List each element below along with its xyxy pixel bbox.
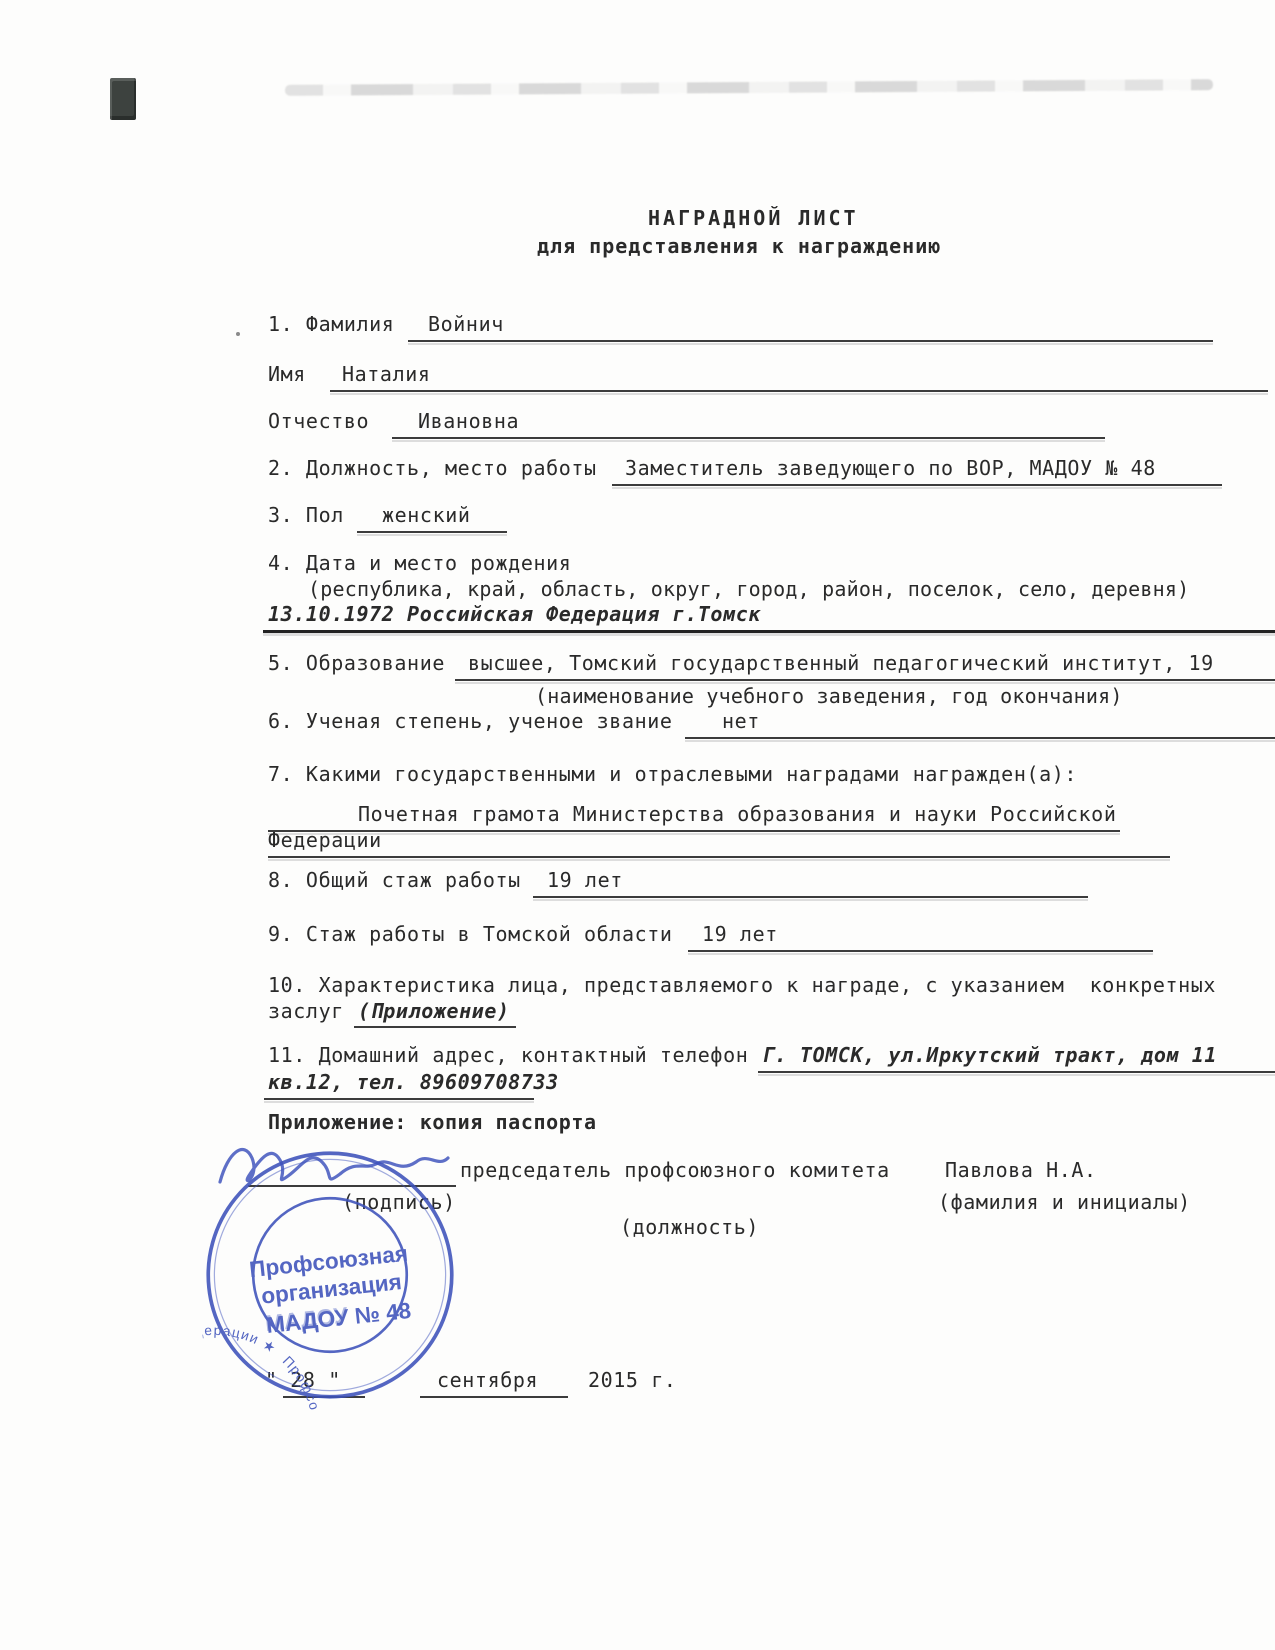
field-characteristic-line2-prefix: заслуг [268, 999, 344, 1023]
field-awards-value-line1: Почетная грамота Министерства образовани… [358, 802, 1116, 826]
underline [758, 1071, 1275, 1073]
scanned-document-page: НАГРАДНОЙ ЛИСТ для представления к награ… [0, 0, 1275, 1650]
field-birth-label: 4. Дата и место рождения [268, 551, 571, 575]
scan-artifact-dot [236, 332, 240, 336]
date-year: 2015 г. [588, 1368, 677, 1392]
field-awards-label: 7. Какими государственными и отраслевыми… [268, 762, 1077, 786]
field-birth-hint: (республика, край, область, округ, город… [308, 577, 1189, 601]
field-education-label: 5. Образование [268, 651, 445, 675]
underline [612, 484, 1222, 486]
underline [264, 1098, 534, 1100]
underline [357, 531, 507, 533]
field-firstname-value: Наталия [342, 362, 431, 386]
field-characteristic-line1: 10. Характеристика лица, представляемого… [268, 973, 1216, 997]
underline [455, 679, 1275, 681]
signature-position-hint: (должность) [620, 1215, 759, 1239]
field-firstname-label: Имя [268, 362, 306, 386]
document-title-line1: НАГРАДНОЙ ЛИСТ [648, 206, 859, 230]
document-title-line2: для представления к награждению [537, 234, 941, 258]
field-education-hint: (наименование учебного заведения, год ок… [535, 684, 1123, 708]
underline [263, 630, 1275, 633]
underline [268, 856, 1170, 858]
signature-name: Павлова Н.А. [945, 1158, 1097, 1182]
scan-artifact-corner-mark [110, 78, 136, 120]
underline [268, 830, 1120, 832]
underline [688, 950, 1153, 952]
underline [392, 437, 1105, 439]
scan-artifact-top-band [285, 79, 1213, 96]
handwritten-signature-graphic [212, 1128, 456, 1204]
underline [533, 896, 1088, 898]
field-birth-value: 13.10.1972 Российская Федерация г.Томск [268, 602, 761, 626]
field-gender-label: 3. Пол [268, 503, 344, 527]
field-position-value: Заместитель заведующего по ВОР, МАДОУ № … [625, 456, 1156, 480]
handwritten-signature [212, 1128, 456, 1204]
field-total-experience-value: 19 лет [547, 868, 623, 892]
field-total-experience-label: 8. Общий стаж работы [268, 868, 521, 892]
field-surname-label: 1. Фамилия [268, 312, 394, 336]
underline [685, 737, 1275, 739]
field-address-value-line2: кв.12, тел. 89609708733 [268, 1070, 559, 1094]
field-address-value-line1: Г. ТОМСК, ул.Иркутский тракт, дом 11 [762, 1043, 1217, 1067]
signature-position-text: председатель профсоюзного комитета [460, 1158, 890, 1182]
field-patronymic-value: Ивановна [418, 409, 519, 433]
underline [408, 340, 1213, 342]
field-education-value: высшее, Томский государственный педагоги… [468, 651, 1214, 675]
underline [354, 1026, 516, 1028]
field-patronymic-label: Отчество [268, 409, 369, 433]
field-characteristic-line2-value: (Приложение) [358, 999, 510, 1023]
field-address-label: 11. Домашний адрес, контактный телефон [268, 1043, 748, 1067]
field-degree-label: 6. Ученая степень, ученое звание [268, 709, 673, 733]
field-surname-value: Войнич [428, 312, 504, 336]
field-degree-value: нет [722, 709, 760, 733]
field-gender-value: женский [382, 503, 471, 527]
signature-name-hint: (фамилия и инициалы) [938, 1190, 1191, 1214]
underline [330, 390, 1268, 392]
field-awards-value-line2: Федерации [268, 828, 382, 852]
field-regional-experience-label: 9. Стаж работы в Томской области [268, 922, 673, 946]
field-position-label: 2. Должность, место работы [268, 456, 597, 480]
field-regional-experience-value: 19 лет [702, 922, 778, 946]
